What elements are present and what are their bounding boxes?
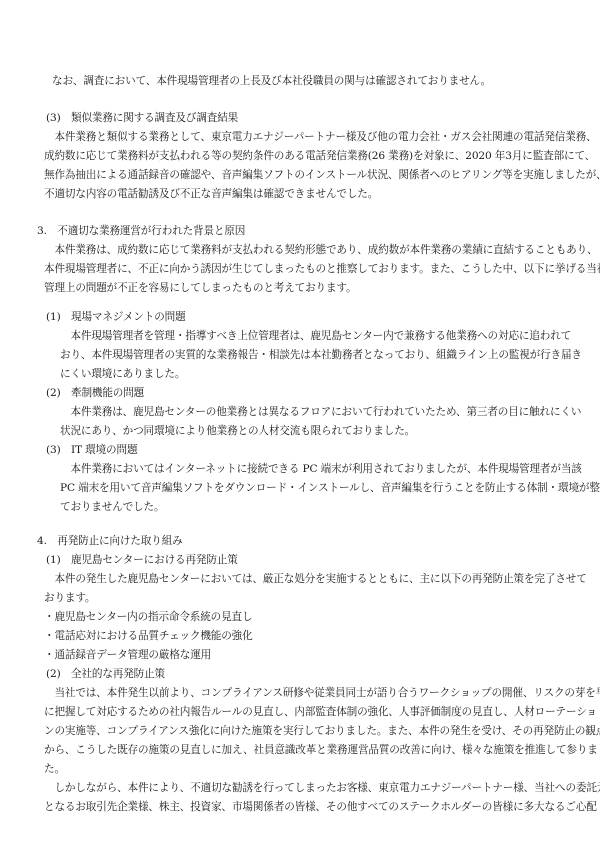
paragraph-line: おります。 (44, 591, 95, 605)
paragraph-line: 本件業務は、鹿児島センターの他業務とは異なるフロアにおいて行われていたため、第三… (60, 405, 565, 419)
subsection-heading: (2) 全社的な再発防止策 (46, 667, 165, 681)
paragraph-line: 不適切な内容の電話勧誘及び不正な音声編集は確認できませんでした。 (44, 187, 378, 201)
paragraph-line: 本件業務は、成約数に応じて業務料が支払われる契約形態であり、成約数が本件業務の業… (44, 243, 565, 257)
document-page: なお、調査において、本件現場管理者の上長及び本社役職員の関与は確認されておりませ… (0, 0, 600, 848)
paragraph-line: おり、本件現場管理者の実質的な業務報告・相談先は本社勤務者となっており、組織ライ… (60, 348, 565, 362)
subsection-heading: (3) IT 環境の問題 (46, 443, 137, 457)
paragraph-line: 成約数に応じて業務料が支払われる等の契約条件のある電話発信業務(26 業務)を対… (44, 149, 565, 163)
section-2-3-heading: (3) 類似業務に関する調査及び調査結果 (46, 111, 238, 125)
paragraph-line: から、こうした既存の施策の見直しに加え、社員意識改革と業務運営品質の改善に向け、… (44, 743, 565, 757)
subsection-heading: (1) 鹿児島センターにおける再発防止策 (46, 553, 238, 567)
bullet-item: ・鹿児島センター内の指示命令系統の見直し (44, 610, 252, 624)
paragraph-line: 本件業務においてはインターネットに接続できる PC 端末が利用されておりましたが… (60, 462, 565, 476)
paragraph-line: た。 (44, 762, 65, 776)
paragraph-line: 本件現場管理者に、不正に向かう誘因が生じてしまったものと推察しております。また、… (44, 262, 565, 276)
paragraph-line: 本件の発生した鹿児島センターにおいては、厳正な処分を実施するとともに、主に以下の… (44, 572, 565, 586)
paragraph-line: 無作為抽出による通話録音の確認や、音声編集ソフトのインストール状況、関係者へのヒ… (44, 168, 565, 182)
paragraph-line: 本件業務と類似する業務として、東京電力エナジーパートナー様及び他の電力会社・ガス… (44, 130, 565, 144)
paragraph-line: となるお取引先企業様、株主、投資家、市場関係者の皆様、その他すべてのステークホル… (44, 800, 565, 814)
paragraph-line: 当社では、本件発生以前より、コンプライアンス研修や従業員同士が語り合うワークショ… (44, 686, 565, 700)
paragraph-line: しかしながら、本件により、不適切な勧誘を行ってしまったお客様、東京電力エナジーパ… (44, 781, 565, 795)
section-3-heading: 3. 不適切な業務運営が行われた背景と原因 (37, 224, 245, 238)
paragraph-line: ておりませんでした。 (60, 500, 164, 514)
paragraph-line: に把握して対応するための社内報告ルールの見直し、内部監査体制の強化、人事評価制度… (44, 705, 565, 719)
note-line: なお、調査において、本件現場管理者の上長及び本社役職員の関与は確認されておりませ… (52, 74, 491, 88)
bullet-item: ・通話録音データ管理の厳格な運用 (44, 648, 211, 662)
section-4-heading: 4. 再発防止に向けた取り組み (37, 534, 183, 548)
bullet-item: ・電話応対における品質チェック機能の強化 (44, 629, 253, 643)
subsection-heading: (2) 牽制機能の問題 (46, 386, 144, 400)
paragraph-line: ンの実施等、コンプライアンス強化に向けた施策を実行しておりました。また、本件の発… (44, 724, 565, 738)
subsection-heading: (1) 現場マネジメントの問題 (46, 310, 186, 324)
paragraph-line: 管理上の問題が不正を容易にしてしまったものと考えております。 (44, 281, 356, 295)
paragraph-line: 本件現場管理者を管理・指導すべき上位管理者は、鹿児島センター内で兼務する他業務へ… (60, 329, 565, 343)
paragraph-line: にくい環境にありました。 (60, 367, 185, 381)
paragraph-line: 状況にあり、かつ同環境により他業務との人材交流も限られておりました。 (60, 424, 415, 438)
paragraph-line: PC 端末を用いて音声編集ソフトをダウンロード・インストールし、音声編集を行うこ… (60, 481, 565, 495)
